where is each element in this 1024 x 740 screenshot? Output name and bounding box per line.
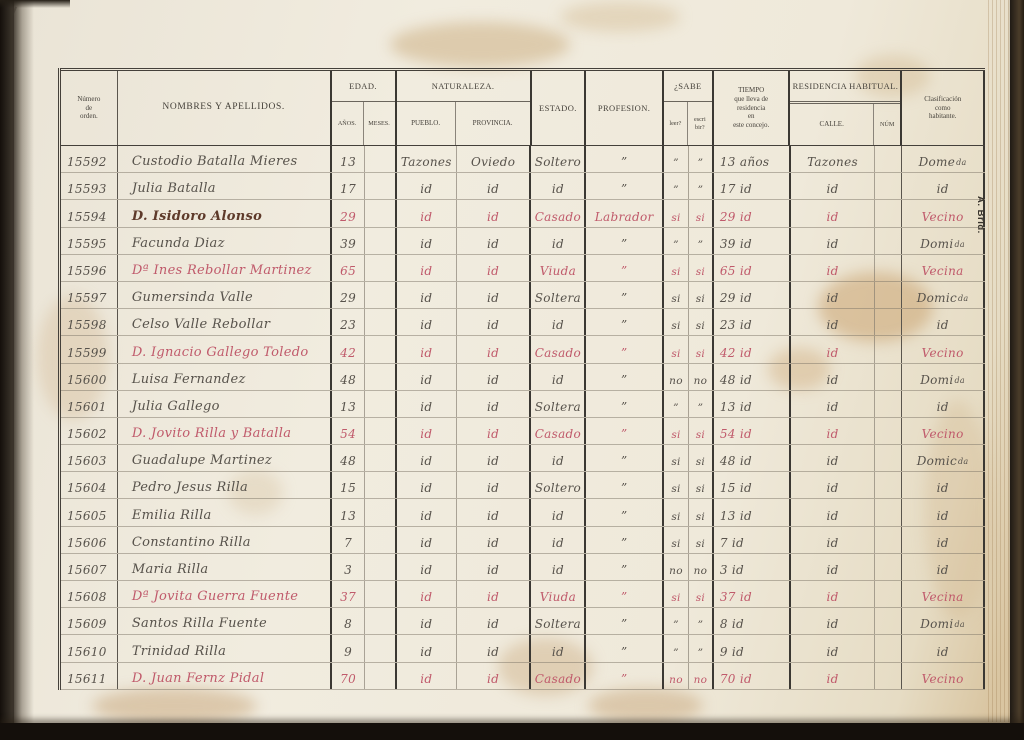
street: id [791, 418, 876, 444]
civil-status: id [531, 228, 586, 254]
header-order-number: Número de orden. [61, 71, 118, 145]
street: id [791, 309, 876, 335]
classification: id [902, 309, 985, 335]
residence-time: 37 id [714, 581, 791, 607]
street: Tazones [791, 146, 876, 172]
census-table: Número de orden. NOMBRES Y APELLIDOS. ED… [58, 68, 985, 690]
age-months [365, 336, 397, 362]
civil-status: Soltera [531, 282, 586, 308]
house-number [875, 173, 902, 199]
street: id [791, 173, 876, 199]
profession: ” [586, 309, 664, 335]
order-number: 15606 [61, 527, 118, 553]
writes-value: ” [689, 228, 714, 254]
header-province: PROVINCIA. [456, 102, 530, 145]
birth-town: id [397, 228, 457, 254]
house-number [875, 635, 902, 661]
age-years: 54 [332, 418, 365, 444]
header-age-months: MESES. [364, 102, 395, 145]
house-number [875, 418, 902, 444]
profession: ” [586, 418, 664, 444]
reads-value: ” [664, 228, 689, 254]
residence-time: 3 id [714, 554, 791, 580]
reads-value: no [664, 364, 689, 390]
civil-status: Soltero [531, 472, 586, 498]
person-name: Luisa Fernandez [118, 364, 332, 390]
classification: Domida [902, 364, 985, 390]
header-birthplace-group: NATURALEZA. PUEBLO. PROVINCIA. [397, 71, 532, 145]
residence-time: 42 id [714, 336, 791, 362]
residence-time: 15 id [714, 472, 791, 498]
age-years: 13 [332, 499, 365, 525]
residence-time: 70 id [714, 663, 791, 689]
age-years: 42 [332, 336, 365, 362]
age-years: 23 [332, 309, 365, 335]
birth-province: id [457, 418, 532, 444]
table-row: 15593 Julia Batalla 17 id id id ” ” ” 17… [61, 173, 985, 200]
birth-town: id [397, 309, 457, 335]
profession: ” [586, 445, 664, 471]
person-name: Emilia Rilla [118, 499, 332, 525]
table-row: 15599 D. Ignacio Gallego Toledo 42 id id… [61, 336, 985, 363]
birth-province: id [457, 391, 532, 417]
birth-town: id [397, 336, 457, 362]
birth-province: id [457, 608, 532, 634]
person-name: Trinidad Rilla [118, 635, 332, 661]
birth-province: id [457, 173, 532, 199]
order-number: 15594 [61, 200, 118, 226]
reads-value: ” [664, 391, 689, 417]
street: id [791, 228, 876, 254]
order-number: 15598 [61, 309, 118, 335]
age-months [365, 608, 397, 634]
writes-value: si [689, 527, 714, 553]
reads-value: si [664, 336, 689, 362]
residence-time: 54 id [714, 418, 791, 444]
age-months [365, 173, 397, 199]
street: id [791, 282, 876, 308]
civil-status: Casado [531, 200, 586, 226]
writes-value: ” [689, 391, 714, 417]
classification: Vecino [902, 418, 985, 444]
header-residence-group: RESIDENCIA HABITUAL. CALLE. NÚM [790, 71, 902, 145]
order-number: 15601 [61, 391, 118, 417]
table-row: 15611 D. Juan Fernz Pidal 70 id id Casad… [61, 663, 985, 690]
writes-value: ” [689, 608, 714, 634]
age-years: 9 [332, 635, 365, 661]
order-number: 15609 [61, 608, 118, 634]
house-number [875, 255, 902, 281]
writes-value: ” [689, 146, 714, 172]
writes-value: si [689, 499, 714, 525]
person-name: Facunda Diaz [118, 228, 332, 254]
header-writes: escri bir? [688, 102, 712, 145]
reads-value: ” [664, 608, 689, 634]
street: id [791, 391, 876, 417]
civil-status: id [531, 499, 586, 525]
birth-town: id [397, 255, 457, 281]
street: id [791, 527, 876, 553]
book-spine-shadow [0, 0, 34, 740]
table-row: 15609 Santos Rilla Fuente 8 id id Solter… [61, 608, 985, 635]
table-row: 15604 Pedro Jesus Rilla 15 id id Soltero… [61, 472, 985, 499]
profession: ” [586, 554, 664, 580]
house-number [875, 282, 902, 308]
table-row: 15606 Constantino Rilla 7 id id id ” si … [61, 527, 985, 554]
residence-time: 13 id [714, 499, 791, 525]
table-row: 15608 Dª Jovita Guerra Fuente 37 id id V… [61, 581, 985, 608]
classification: Vecina [902, 581, 985, 607]
order-number: 15611 [61, 663, 118, 689]
birth-province: id [457, 336, 532, 362]
street: id [791, 581, 876, 607]
table-row: 15598 Celso Valle Rebollar 23 id id id ”… [61, 309, 985, 336]
street: id [791, 499, 876, 525]
civil-status: id [531, 309, 586, 335]
house-number [875, 391, 902, 417]
person-name: Pedro Jesus Rilla [118, 472, 332, 498]
reads-value: si [664, 527, 689, 553]
birth-province: id [457, 309, 532, 335]
table-row: 15601 Julia Gallego 13 id id Soltera ” ”… [61, 391, 985, 418]
book-right-edge [1008, 0, 1024, 740]
classification: Vecino [902, 200, 985, 226]
residence-time: 29 id [714, 282, 791, 308]
reads-value: si [664, 445, 689, 471]
street: id [791, 255, 876, 281]
reads-value: si [664, 472, 689, 498]
header-age-group: EDAD. AÑOS. MESES. [332, 71, 397, 145]
civil-status: Viuda [531, 581, 586, 607]
residence-time: 65 id [714, 255, 791, 281]
birth-province: id [457, 472, 532, 498]
writes-value: si [689, 581, 714, 607]
classification: id [902, 635, 985, 661]
age-months [365, 282, 397, 308]
birth-province: id [457, 255, 532, 281]
table-row: 15605 Emilia Rilla 13 id id id ” si si 1… [61, 499, 985, 526]
profession: ” [586, 228, 664, 254]
classification: id [902, 527, 985, 553]
house-number [875, 445, 902, 471]
birth-province: id [457, 364, 532, 390]
residence-time: 17 id [714, 173, 791, 199]
person-name: Constantino Rilla [118, 527, 332, 553]
classification: Domida [902, 228, 985, 254]
age-months [365, 418, 397, 444]
table-row: 15597 Gumersinda Valle 29 id id Soltera … [61, 282, 985, 309]
birth-town: id [397, 391, 457, 417]
age-years: 17 [332, 173, 365, 199]
classification: Domeda [902, 146, 985, 172]
birth-province: id [457, 282, 532, 308]
table-row: 15607 Maria Rilla 3 id id id ” no no 3 i… [61, 554, 985, 581]
order-number: 15597 [61, 282, 118, 308]
order-number: 15593 [61, 173, 118, 199]
writes-value: no [689, 364, 714, 390]
table-body: 15592 Custodio Batalla Mieres 13 Tazones… [61, 146, 985, 690]
classification: Domida [902, 608, 985, 634]
residence-time: 48 id [714, 445, 791, 471]
age-months [365, 663, 397, 689]
residence-time: 39 id [714, 228, 791, 254]
birth-town: id [397, 608, 457, 634]
table-row: 15603 Guadalupe Martinez 48 id id id ” s… [61, 445, 985, 472]
age-years: 65 [332, 255, 365, 281]
birth-province: id [457, 663, 532, 689]
civil-status: id [531, 445, 586, 471]
writes-value: si [689, 255, 714, 281]
residence-time: 13 id [714, 391, 791, 417]
header-reads: leer? [664, 102, 688, 145]
civil-status: id [531, 173, 586, 199]
birth-province: id [457, 499, 532, 525]
age-years: 7 [332, 527, 365, 553]
age-years: 13 [332, 146, 365, 172]
age-months [365, 581, 397, 607]
writes-value: si [689, 418, 714, 444]
birth-province: id [457, 581, 532, 607]
reads-value: no [664, 554, 689, 580]
order-number: 15608 [61, 581, 118, 607]
street: id [791, 200, 876, 226]
birth-town: id [397, 173, 457, 199]
age-months [365, 472, 397, 498]
classification: id [902, 554, 985, 580]
order-number: 15604 [61, 472, 118, 498]
age-years: 29 [332, 282, 365, 308]
margin-stamp: A. Brid. [975, 196, 986, 234]
age-years: 70 [332, 663, 365, 689]
classification: Vecino [902, 336, 985, 362]
order-number: 15600 [61, 364, 118, 390]
profession: Labrador [586, 200, 664, 226]
order-number: 15599 [61, 336, 118, 362]
residence-time: 29 id [714, 200, 791, 226]
person-name: Dª Ines Rebollar Martinez [118, 255, 332, 281]
header-house-number: NÚM [874, 104, 901, 145]
header-classification: Clasificación como habitante. [902, 71, 985, 145]
writes-value: ” [689, 173, 714, 199]
profession: ” [586, 472, 664, 498]
residence-time: 48 id [714, 364, 791, 390]
house-number [875, 581, 902, 607]
profession: ” [586, 364, 664, 390]
profession: ” [586, 608, 664, 634]
civil-status: Soltera [531, 391, 586, 417]
writes-value: no [689, 554, 714, 580]
order-number: 15592 [61, 146, 118, 172]
writes-value: no [689, 663, 714, 689]
birth-province: id [457, 228, 532, 254]
birth-town: Tazones [397, 146, 457, 172]
order-number: 15595 [61, 228, 118, 254]
house-number [875, 663, 902, 689]
civil-status: Casado [531, 663, 586, 689]
book-bottom-edge [0, 723, 1024, 740]
birth-province: id [457, 445, 532, 471]
book-top-corner [0, 0, 70, 8]
house-number [875, 200, 902, 226]
birth-town: id [397, 472, 457, 498]
street: id [791, 336, 876, 362]
header-residence-time: TIEMPO que lleva de residencia en este c… [714, 71, 791, 145]
header-civil-status: ESTADO. [532, 71, 587, 145]
profession: ” [586, 391, 664, 417]
table-row: 15594 D. Isidoro Alonso 29 id id Casado … [61, 200, 985, 227]
house-number [875, 608, 902, 634]
birth-province: id [457, 200, 532, 226]
table-row: 15602 D. Jovito Rilla y Batalla 54 id id… [61, 418, 985, 445]
profession: ” [586, 255, 664, 281]
civil-status: id [531, 635, 586, 661]
reads-value: si [664, 200, 689, 226]
age-years: 13 [332, 391, 365, 417]
classification: id [902, 499, 985, 525]
street: id [791, 364, 876, 390]
house-number [875, 146, 902, 172]
table-row: 15595 Facunda Diaz 39 id id id ” ” ” 39 … [61, 228, 985, 255]
birth-town: id [397, 445, 457, 471]
residence-time: 9 id [714, 635, 791, 661]
house-number [875, 364, 902, 390]
reads-value: ” [664, 173, 689, 199]
age-years: 29 [332, 200, 365, 226]
profession: ” [586, 527, 664, 553]
person-name: Guadalupe Martinez [118, 445, 332, 471]
birth-province: id [457, 527, 532, 553]
age-years: 3 [332, 554, 365, 580]
street: id [791, 635, 876, 661]
age-years: 37 [332, 581, 365, 607]
age-years: 15 [332, 472, 365, 498]
age-months [365, 228, 397, 254]
civil-status: Casado [531, 336, 586, 362]
residence-time: 7 id [714, 527, 791, 553]
person-name: D. Jovito Rilla y Batalla [118, 418, 332, 444]
civil-status: id [531, 554, 586, 580]
birth-town: id [397, 527, 457, 553]
street: id [791, 554, 876, 580]
birth-province: Oviedo [457, 146, 532, 172]
civil-status: Casado [531, 418, 586, 444]
street: id [791, 445, 876, 471]
age-months [365, 635, 397, 661]
classification: Vecina [902, 255, 985, 281]
writes-value: si [689, 445, 714, 471]
table-row: 15592 Custodio Batalla Mieres 13 Tazones… [61, 146, 985, 173]
age-years: 48 [332, 364, 365, 390]
house-number [875, 527, 902, 553]
house-number [875, 336, 902, 362]
person-name: D. Isidoro Alonso [118, 200, 332, 226]
classification: id [902, 391, 985, 417]
reads-value: si [664, 581, 689, 607]
birth-town: id [397, 200, 457, 226]
scanned-register-page: Número de orden. NOMBRES Y APELLIDOS. ED… [0, 0, 1024, 740]
birth-town: id [397, 282, 457, 308]
writes-value: si [689, 336, 714, 362]
reads-value: si [664, 255, 689, 281]
header-town: PUEBLO. [397, 102, 456, 145]
table-row: 15600 Luisa Fernandez 48 id id id ” no n… [61, 364, 985, 391]
reads-value: ” [664, 635, 689, 661]
house-number [875, 554, 902, 580]
header-profession: PROFESION. [586, 71, 664, 145]
table-row: 15596 Dª Ines Rebollar Martinez 65 id id… [61, 255, 985, 282]
profession: ” [586, 336, 664, 362]
profession: ” [586, 635, 664, 661]
person-name: Custodio Batalla Mieres [118, 146, 332, 172]
street: id [791, 472, 876, 498]
reads-value: si [664, 499, 689, 525]
street: id [791, 663, 876, 689]
header-names: NOMBRES Y APELLIDOS. [118, 71, 332, 145]
header-literacy-group: ¿SABE leer? escri bir? [664, 71, 714, 145]
header-street: CALLE. [790, 104, 873, 145]
classification: Vecino [902, 663, 985, 689]
writes-value: si [689, 472, 714, 498]
classification: id [902, 173, 985, 199]
civil-status: id [531, 364, 586, 390]
birth-town: id [397, 364, 457, 390]
person-name: Julia Batalla [118, 173, 332, 199]
person-name: Maria Rilla [118, 554, 332, 580]
profession: ” [586, 499, 664, 525]
house-number [875, 228, 902, 254]
person-name: D. Juan Fernz Pidal [118, 663, 332, 689]
age-months [365, 309, 397, 335]
person-name: Dª Jovita Guerra Fuente [118, 581, 332, 607]
age-years: 48 [332, 445, 365, 471]
order-number: 15605 [61, 499, 118, 525]
civil-status: Viuda [531, 255, 586, 281]
age-months [365, 554, 397, 580]
table-row: 15610 Trinidad Rilla 9 id id id ” ” ” 9 … [61, 635, 985, 662]
birth-town: id [397, 418, 457, 444]
birth-province: id [457, 554, 532, 580]
house-number [875, 309, 902, 335]
person-name: Santos Rilla Fuente [118, 608, 332, 634]
age-months [365, 527, 397, 553]
birth-province: id [457, 635, 532, 661]
reads-value: no [664, 663, 689, 689]
street: id [791, 608, 876, 634]
person-name: D. Ignacio Gallego Toledo [118, 336, 332, 362]
house-number [875, 499, 902, 525]
person-name: Julia Gallego [118, 391, 332, 417]
writes-value: si [689, 309, 714, 335]
birth-town: id [397, 581, 457, 607]
header-age-years: AÑOS. [332, 102, 364, 145]
reads-value: si [664, 282, 689, 308]
table-header: Número de orden. NOMBRES Y APELLIDOS. ED… [61, 68, 985, 146]
profession: ” [586, 581, 664, 607]
profession: ” [586, 663, 664, 689]
profession: ” [586, 173, 664, 199]
classification: Domicda [902, 282, 985, 308]
residence-time: 13 años [714, 146, 791, 172]
civil-status: Soltero [531, 146, 586, 172]
classification: Domicda [902, 445, 985, 471]
person-name: Celso Valle Rebollar [118, 309, 332, 335]
age-months [365, 255, 397, 281]
reads-value: si [664, 309, 689, 335]
residence-time: 8 id [714, 608, 791, 634]
civil-status: id [531, 527, 586, 553]
house-number [875, 472, 902, 498]
birth-town: id [397, 635, 457, 661]
